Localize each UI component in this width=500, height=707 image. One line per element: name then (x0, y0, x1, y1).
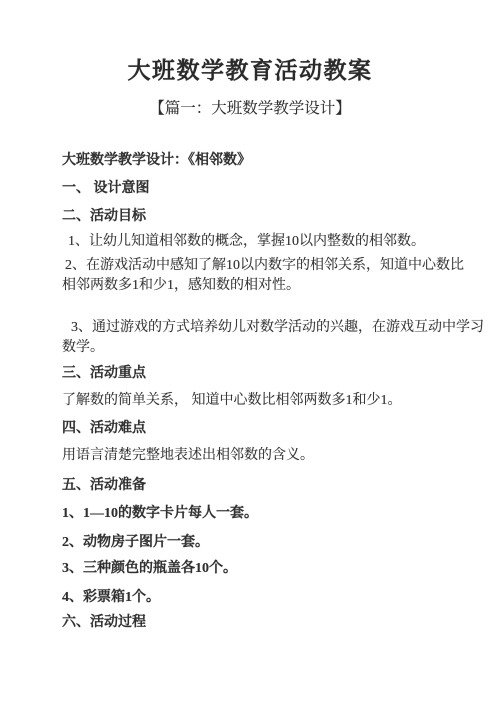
objective-item-2-line-1: 2、在游戏活动中感知了解10以内数字的相邻关系，知道中心数比 (62, 256, 470, 276)
section-5-heading: 五、活动准备 (62, 476, 470, 496)
document-page: 大班数学教育活动教案 【篇一：大班数学教学设计】 大班数学教学设计：《相邻数》 … (0, 0, 500, 707)
document-body: 大班数学教学设计：《相邻数》 一、 设计意图 二、活动目标 1、让幼儿知道相邻数… (0, 151, 500, 633)
objective-item-1: 1、让幼儿知道相邻数的概念，掌握10以内整数的相邻数。 (62, 232, 470, 252)
page-title: 大班数学教育活动教案 (0, 56, 500, 86)
doc-title-line: 大班数学教学设计：《相邻数》 (62, 151, 470, 171)
section-3-heading: 三、活动重点 (62, 364, 470, 384)
page-subtitle: 【篇一：大班数学教学设计】 (0, 98, 500, 120)
section-2-heading: 二、活动目标 (62, 207, 470, 227)
preparation-item-2: 2、动物房子图片一套。 (62, 533, 470, 553)
preparation-item-1: 1、1—10的数字卡片每人一套。 (62, 504, 470, 524)
objective-item-2-line-2: 相邻两数多1和少1，感知数的相对性。 (62, 276, 470, 296)
section-4-heading: 四、活动难点 (62, 419, 470, 439)
preparation-item-3: 3、三种颜色的瓶盖各10个。 (62, 559, 470, 579)
section-4-text: 用语言清楚完整地表述出相邻数的含义。 (62, 446, 470, 466)
section-1-heading: 一、 设计意图 (62, 179, 470, 199)
section-6-heading: 六、活动过程 (62, 613, 470, 633)
section-3-text: 了解数的简单关系， 知道中心数比相邻两数多1和少1。 (62, 391, 470, 411)
objective-item-3-line-2: 数学。 (62, 338, 470, 358)
objective-item-3-line-1: 3、通过游戏的方式培养幼儿对数学活动的兴趣，在游戏互动中学习 (62, 318, 470, 338)
preparation-item-4: 4、彩票箱1个。 (62, 588, 470, 608)
